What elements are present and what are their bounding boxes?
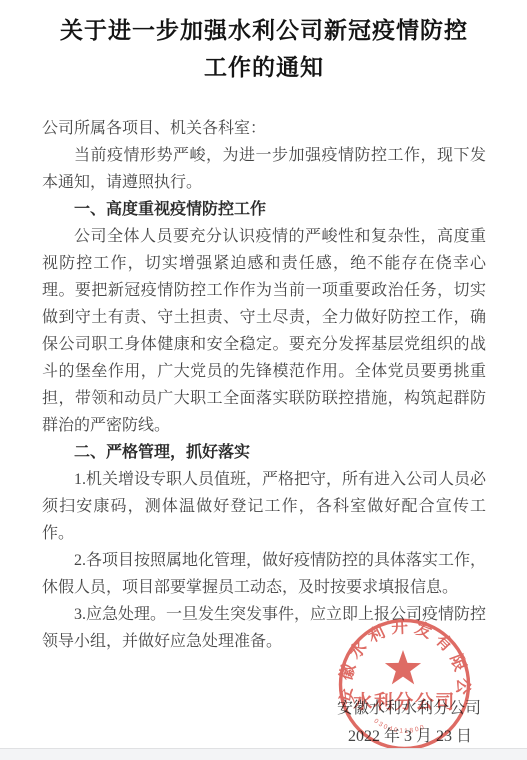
notice-document-page: 关于进一步加强水利公司新冠疫情防控 工作的通知 公司所属各项目、机关各科室： 当…: [0, 0, 527, 748]
salutation: 公司所属各项目、机关各科室：: [42, 115, 486, 142]
page-bottom-edge: [0, 748, 527, 760]
paragraph-intro: 当前疫情形势严峻，为进一步加强疫情防控工作，现下发本通知，请遵照执行。: [42, 142, 486, 196]
section-heading-2: 二、严格管理，抓好落实: [42, 439, 486, 466]
signature-block: 安徽水利水利分公司 2022 年 3 月 23 日: [42, 695, 486, 751]
section-heading-1: 一、高度重视疫情防控工作: [42, 196, 486, 223]
signature-company: 安徽水利水利分公司: [42, 695, 486, 723]
paragraph-section-1: 公司全体人员要充分认识疫情的严峻性和复杂性，高度重视防控工作，切实增强紧迫感和责…: [42, 223, 486, 439]
paragraph-item-1: 1.机关增设专职人员值班，严格把守，所有进入公司人员必须扫安康码，测体温做好登记…: [42, 466, 486, 547]
document-body: 公司所属各项目、机关各科室： 当前疫情形势严峻，为进一步加强疫情防控工作，现下发…: [42, 115, 486, 655]
paragraph-item-2: 2.各项目按照属地化管理，做好疫情防控的具体落实工作，休假人员，项目部要掌握员工…: [42, 547, 486, 601]
document-title-line2: 工作的通知: [204, 54, 324, 80]
document-title-line1: 关于进一步加强水利公司新冠疫情防控: [60, 17, 468, 43]
signature-date: 2022 年 3 月 23 日: [42, 723, 486, 751]
document-title: 关于进一步加强水利公司新冠疫情防控 工作的通知: [42, 12, 486, 86]
paragraph-item-3: 3.应急处理。一旦发生突发事件，应立即上报公司疫情防控领导小组，并做好应急处理准…: [42, 601, 486, 655]
